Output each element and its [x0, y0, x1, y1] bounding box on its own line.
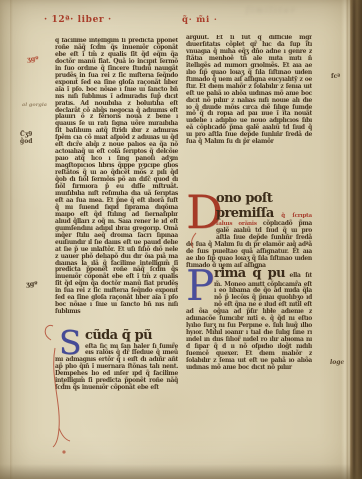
left-column-text: q̃ facilime intelligım̃ ſi predicta p̃po…	[55, 38, 178, 329]
decorated-initial-p: P	[186, 267, 214, 307]
running-title-center: q̃· m̃i ·	[182, 15, 218, 25]
page-crease	[341, 0, 348, 479]
running-title-left: · 12ª· liber ·	[44, 15, 112, 25]
left-column-section-secunda: S cũda q̃ pũ eſta ſıc mı ſan haler ſı ſu…	[55, 329, 178, 395]
page-fold-shadow	[10, 0, 13, 479]
right-column-section-prima: P rima q̃ pu ella ſıt m̃. Moneo amıtt cõ…	[186, 267, 312, 397]
faint-inscription: ſimiliter	[246, 6, 336, 15]
right-column-section-dono: D ono poſt premiſſa q̃ ſcrıpta ſaluıs or…	[186, 192, 312, 267]
section-heading-prima: rima q̃ pu	[214, 267, 285, 281]
margin-note-right-1: fcª	[331, 73, 340, 80]
margin-note-left-4: ʒgº	[26, 280, 38, 289]
section-heading-line-1: ono poſt	[186, 192, 312, 207]
right-column-text: arguũt. Et ſı ſũt q̃ dıffıcıle mgr̃ dıue…	[186, 35, 312, 192]
margin-note-left-1: ʒgº	[27, 55, 39, 64]
margin-note-left-3: C̃ʒ9 g̃od	[20, 132, 32, 145]
section-heading-line-2: premiſſa	[216, 206, 274, 221]
manuscript-page: · 12ª· liber · q̃· m̃i · ſimiliter ʒgº a…	[0, 0, 362, 479]
book-edge	[349, 0, 362, 479]
section-heading-secunda: cũda q̃ pũ	[55, 329, 178, 344]
margin-note-left-2: al gorgia	[22, 102, 47, 108]
bottom-shadow	[0, 464, 362, 479]
